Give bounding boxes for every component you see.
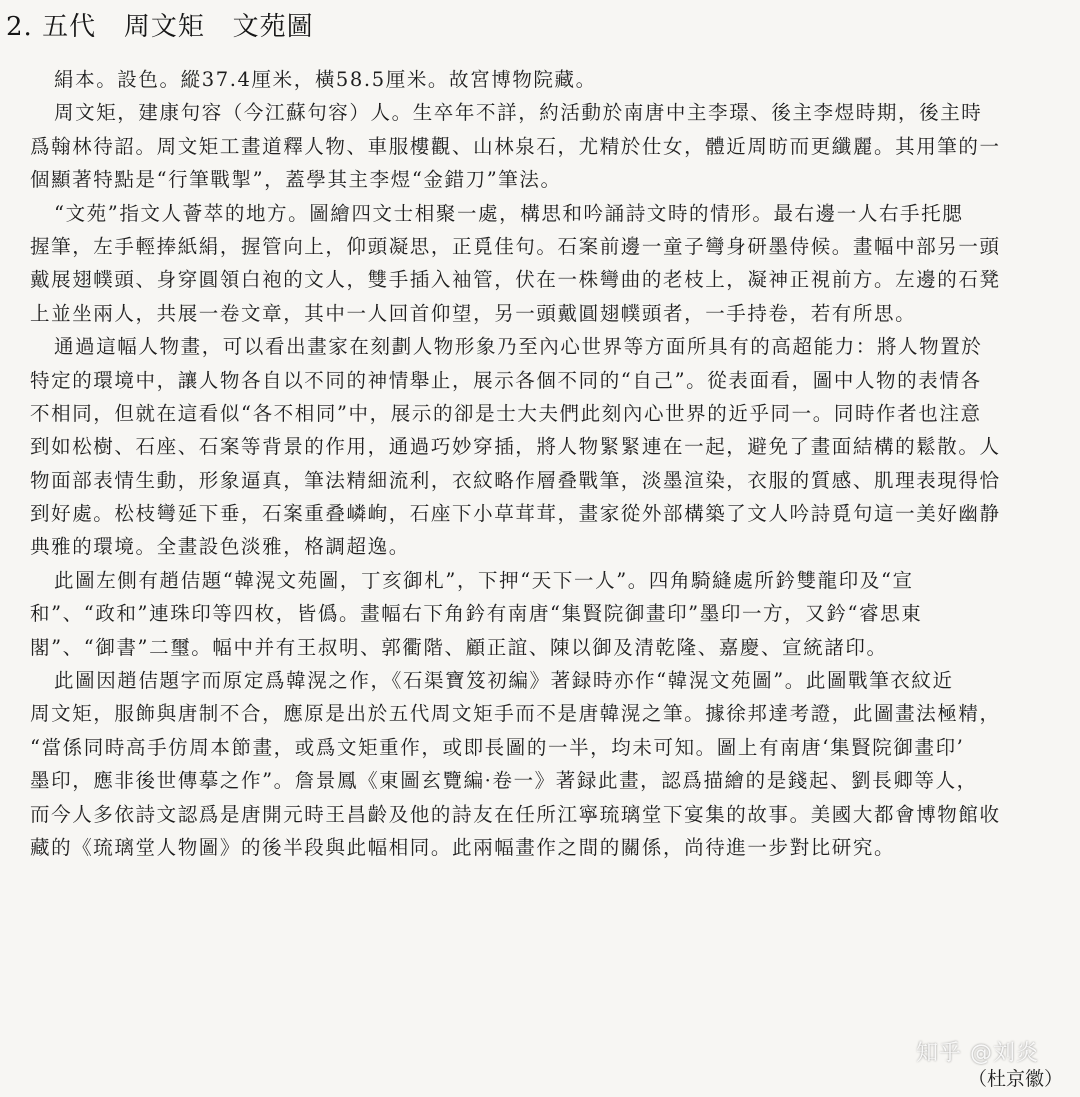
zhihu-watermark: 知乎 @刘炎 xyxy=(916,1036,1039,1067)
text-line: 握筆，左手輕捧紙絹，握管向上，仰頭凝思，正覓佳句。石案前邊一童子彎身研墨侍候。畫… xyxy=(30,230,1072,263)
text-line: 不相同，但就在這看似“各不相同”中，展示的卻是士大夫們此刻內心世界的近乎同一。同… xyxy=(30,397,1072,430)
text-line: “當係同時高手仿周本節畫，或爲文矩重作，或即長圖的一半，均未可知。圖上有南唐‘集… xyxy=(30,731,1072,764)
body-text: 絹本。設色。縱37.4厘米，橫58.5厘米。故宮博物院藏。 周文矩，建康句容（今… xyxy=(30,63,1072,864)
text-line: 絹本。設色。縱37.4厘米，橫58.5厘米。故宮博物院藏。 xyxy=(30,63,1072,96)
section-title: 2. 五代 周文矩 文苑圖 xyxy=(6,6,314,43)
text-line: 閣”、“御書”二璽。幅中并有王叔明、郭衢階、顧正誼、陳以御及清乾隆、嘉慶、宣統諸… xyxy=(30,631,1072,664)
text-line: 周文矩，服飾與唐制不合，應原是出於五代周文矩手而不是唐韓滉之筆。據徐邦達考證，此… xyxy=(30,697,1072,730)
text-line: 爲翰林待詔。周文矩工畫道釋人物、車服樓觀、山林泉石，尤精於仕女，體近周昉而更纖麗… xyxy=(30,130,1072,163)
text-line: 此圖左側有趙佶題“韓滉文苑圖，丁亥御札”，下押“天下一人”。四角騎縫處所鈐雙龍印… xyxy=(30,564,1072,597)
text-line: “文苑”指文人薈萃的地方。圖繪四文士相聚一處，構思和吟誦詩文時的情形。最右邊一人… xyxy=(30,197,1072,230)
text-line: 到如松樹、石座、石案等背景的作用，通過巧妙穿插，將人物緊緊連在一起，避免了畫面結… xyxy=(30,430,1072,463)
text-line: 上並坐兩人，共展一卷文章，其中一人回首仰望，另一頭戴圓翅幞頭者，一手持卷，若有所… xyxy=(30,297,1072,330)
text-line: 特定的環境中，讓人物各自以不同的神情舉止，展示各個不同的“自己”。從表面看，圖中… xyxy=(30,364,1072,397)
author-credit: （杜京徽） xyxy=(968,1064,1063,1091)
text-line: 典雅的環境。全畫設色淡雅，格調超逸。 xyxy=(30,530,1072,563)
text-line: 戴展翅幞頭、身穿圓領白袍的文人，雙手插入袖管，伏在一株彎曲的老枝上，凝神正視前方… xyxy=(30,263,1072,296)
paragraph-description: “文苑”指文人薈萃的地方。圖繪四文士相聚一處，構思和吟誦詩文時的情形。最右邊一人… xyxy=(30,197,1072,331)
paragraph-attribution: 此圖因趙佶題字而原定爲韓滉之作，《石渠寶笈初編》著録時亦作“韓滉文苑圖”。此圖戰… xyxy=(30,664,1072,864)
paragraph-seals: 此圖左側有趙佶題“韓滉文苑圖，丁亥御札”，下押“天下一人”。四角騎縫處所鈐雙龍印… xyxy=(30,564,1072,664)
paragraph-analysis: 通過這幅人物畫，可以看出畫家在刻劃人物形象乃至內心世界等方面所具有的高超能力：將… xyxy=(30,330,1072,564)
text-line: 周文矩，建康句容（今江蘇句容）人。生卒年不詳，約活動於南唐中主李璟、後主李煜時期… xyxy=(30,96,1072,129)
text-line: 而今人多依詩文認爲是唐開元時王昌齡及他的詩友在任所江寧琉璃堂下宴集的故事。美國大… xyxy=(30,798,1072,831)
text-line: 到好處。松枝彎延下垂，石案重叠嶙峋，石座下小草茸茸，畫家從外部構築了文人吟詩覓句… xyxy=(30,497,1072,530)
paragraph-specs: 絹本。設色。縱37.4厘米，橫58.5厘米。故宮博物院藏。 xyxy=(30,63,1072,96)
text-line: 墨印，應非後世傳摹之作”。詹景鳳《東圖玄覽編·卷一》著録此畫，認爲描繪的是錢起、… xyxy=(30,764,1072,797)
text-line: 藏的《琉璃堂人物圖》的後半段與此幅相同。此兩幅畫作之間的關係，尚待進一步對比研究… xyxy=(30,831,1072,864)
text-line: 和”、“政和”連珠印等四枚，皆僞。畫幅右下角鈐有南唐“集賢院御畫印”墨印一方，又… xyxy=(30,597,1072,630)
text-line: 此圖因趙佶題字而原定爲韓滉之作，《石渠寶笈初編》著録時亦作“韓滉文苑圖”。此圖戰… xyxy=(30,664,1072,697)
text-line: 個顯著特點是“行筆戰掣”，蓋學其主李煜“金錯刀”筆法。 xyxy=(30,163,1072,196)
text-line: 通過這幅人物畫，可以看出畫家在刻劃人物形象乃至內心世界等方面所具有的高超能力：將… xyxy=(30,330,1072,363)
text-line: 物面部表情生動，形象逼真，筆法精細流利，衣紋略作層叠戰筆，淡墨渲染，衣服的質感、… xyxy=(30,464,1072,497)
paragraph-artist: 周文矩，建康句容（今江蘇句容）人。生卒年不詳，約活動於南唐中主李璟、後主李煜時期… xyxy=(30,96,1072,196)
